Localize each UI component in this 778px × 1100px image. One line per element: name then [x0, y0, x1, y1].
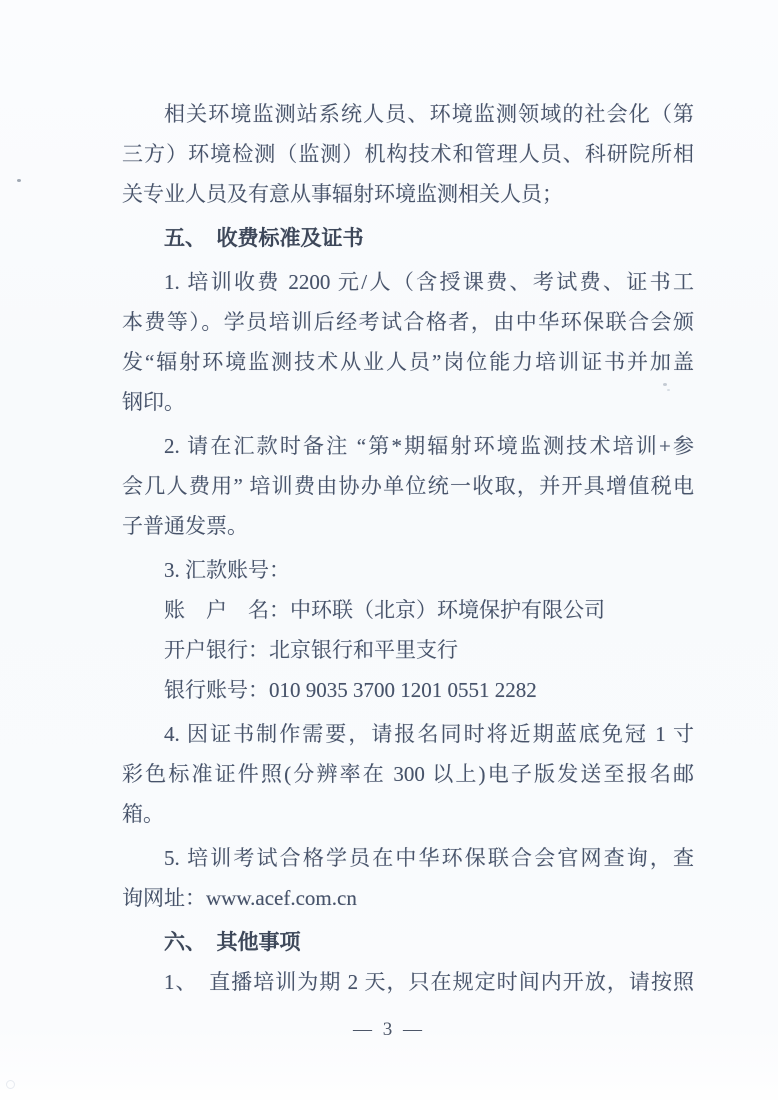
section-heading-fees-and-certificate: 五、 收费标准及证书 — [122, 218, 694, 258]
text-line: 钢印。 — [122, 382, 694, 422]
text-line: 发“辐射环境监测技术从业人员”岗位能力培训证书并加盖 — [122, 342, 694, 382]
text-line-item-3-remit-account: 3. 汇款账号： — [122, 550, 694, 590]
scan-speck — [663, 383, 667, 386]
scan-speck — [667, 389, 670, 391]
text-line: 箱。 — [122, 794, 694, 834]
scan-speck — [17, 179, 21, 182]
text-line-account-name: 账 户 名：中环联（北京）环境保护有限公司 — [122, 590, 694, 630]
text-line: 三方）环境检测（监测）机构技术和管理人员、科研院所相 — [122, 134, 694, 174]
text-line-item-5-query: 5. 培训考试合格学员在中华环保联合会官网查询，查 — [122, 838, 694, 878]
text-line-item-2-remit-note: 2. 请在汇款时备注 “第*期辐射环境监测技术培训+参 — [122, 426, 694, 466]
text-line-bank-account-number: 银行账号：010 9035 3700 1201 0551 2282 — [122, 670, 694, 710]
text-line: 会几人费用” 培训费由协办单位统一收取，并开具增值税电 — [122, 466, 694, 506]
text-line: 本费等）。学员培训后经考试合格者，由中华环保联合会颁 — [122, 302, 694, 342]
text-line-item-4-photo: 4. 因证书制作需要，请报名同时将近期蓝底免冠 1 寸 — [122, 714, 694, 754]
text-line: 关专业人员及有意从事辐射环境监测相关人员； — [122, 174, 694, 214]
text-line-item-1-fee: 1. 培训收费 2200 元/人（含授课费、考试费、证书工 — [122, 262, 694, 302]
text-line: 子普通发票。 — [122, 506, 694, 546]
page-number: — 3 — — [0, 1016, 778, 1044]
document-text-block: 相关环境监测站系统人员、环境监测领域的社会化（第 三方）环境检测（监测）机构技术… — [122, 94, 694, 1002]
scan-speck — [6, 1080, 15, 1089]
text-line-item-1-live-training: 1、 直播培训为期 2 天，只在规定时间内开放，请按照 — [122, 962, 694, 1002]
section-heading-other-matters: 六、 其他事项 — [122, 922, 694, 962]
text-line: 彩色标准证件照(分辨率在 300 以上)电子版发送至报名邮 — [122, 754, 694, 794]
text-line-bank-name: 开户银行：北京银行和平里支行 — [122, 630, 694, 670]
text-line: 相关环境监测站系统人员、环境监测领域的社会化（第 — [122, 94, 694, 134]
text-line-query-url: 询网址：www.acef.com.cn — [122, 878, 694, 918]
